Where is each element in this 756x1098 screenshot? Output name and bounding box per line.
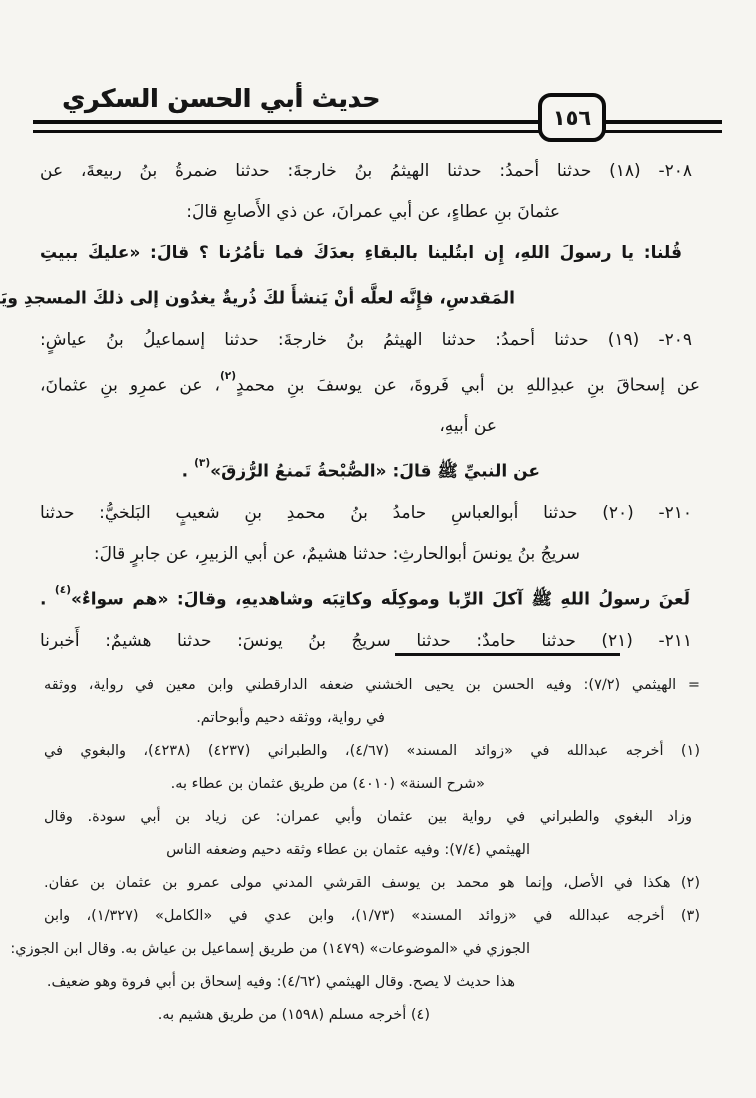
footnote-1-line-2: «شرح السنة» (٤٠١٠) من طريق عثمان بن عطاء… bbox=[44, 768, 485, 801]
line-text: لَعنَ رسولُ اللهِ ﷺ آكلَ الرِّبا وموكِلَ… bbox=[71, 590, 690, 610]
line-text: (٤) أخرجه مسلم (١٥٩٨) من طريق هشيم به. bbox=[158, 1007, 430, 1023]
line-text: عن إسحاقَ بنِ عبدِاللهِ بن أبي فَروةَ، ع… bbox=[236, 375, 700, 395]
line-text: عثمانَ بنِ عطاءٍ، عن أبي عمرانَ، عن ذي ا… bbox=[186, 202, 560, 222]
footnote-marker-4: (٤) bbox=[55, 584, 71, 596]
line-text: سريجُ بنُ يونسَ أبوالحارثِ: حدثنا هشيمٌ،… bbox=[94, 544, 580, 564]
hadith-210-isnad-line-1: ٢١٠- (٢٠) حدثنا أبوالعباسِ حامدُ بنُ محم… bbox=[40, 493, 700, 534]
hadith-208-matn-line-2: المَقدسِ، فإِنَّه لعلَّه أنْ يَنشأَ لكَ … bbox=[40, 274, 515, 320]
scanned-book-page: حديث أبي الحسن السكري ١٥٦ ٢٠٨- (١٨) حدثن… bbox=[0, 0, 756, 1098]
hadith-210-isnad-line-2: سريجُ بنُ يونسَ أبوالحارثِ: حدثنا هشيمٌ،… bbox=[40, 534, 580, 575]
line-text: المَقدسِ، فإِنَّه لعلَّه أنْ يَنشأَ لكَ … bbox=[0, 289, 515, 309]
footnote-continuation-line-2: في رواية، ووثقه دحيم وأبوحاتم. bbox=[44, 702, 385, 735]
line-text: ٢١٠- (٢٠) حدثنا أبوالعباسِ حامدُ بنُ محم… bbox=[40, 503, 692, 523]
footnote-3-line-1: (٣) أخرجه عبدالله في «زوائد المسند» (١/٧… bbox=[44, 900, 700, 933]
header-rule-bottom bbox=[33, 130, 722, 133]
footnote-separator-rule bbox=[395, 653, 620, 656]
footnote-2-line-1: (٢) هكذا في الأصل، وإنما هو محمد بن يوسف… bbox=[44, 867, 700, 900]
footnote-4-line-1: (٤) أخرجه مسلم (١٥٩٨) من طريق هشيم به. bbox=[44, 999, 430, 1032]
footnote-3-line-3: هذا حديث لا يصح. وقال الهيثمي (٤/٦٢): وف… bbox=[44, 966, 515, 999]
line-text: = الهيثمي (٧/٢): وفيه الحسن بن يحيى الخش… bbox=[44, 677, 700, 693]
line-text: الهيثمي (٧/٤): وفيه عثمان بن عطاء وثقه د… bbox=[166, 842, 530, 858]
page-number: ١٥٦ bbox=[553, 106, 591, 130]
line-text: «شرح السنة» (٤٠١٠) من طريق عثمان بن عطاء… bbox=[171, 776, 485, 792]
hadith-209-matn-line: عن النبيِّ ﷺ قالَ: «الصُّبْحةُ تَمنعُ ال… bbox=[40, 447, 540, 493]
hadith-208-isnad-line-1: ٢٠٨- (١٨) حدثنا أحمدُ: حدثنا الهيثمُ بنُ… bbox=[40, 151, 700, 192]
line-text: وزاد البغوي والطبراني في رواية بين عثمان… bbox=[44, 809, 692, 825]
footnote-1-line-1: (١) أخرجه عبدالله في «زوائد المسند» (٤/٦… bbox=[44, 735, 700, 768]
hadith-210-matn-line: لَعنَ رسولُ اللهِ ﷺ آكلَ الرِّبا وموكِلَ… bbox=[40, 575, 700, 621]
footnote-marker-2: (٢) bbox=[220, 370, 236, 382]
line-text: قُلنا: يا رسولَ اللهِ، إِن ابتُلينا بالب… bbox=[40, 243, 682, 263]
line-text: . bbox=[182, 462, 194, 482]
hadith-209-isnad-line-3: عن أبيهِ، bbox=[40, 406, 497, 447]
line-text: هذا حديث لا يصح. وقال الهيثمي (٤/٦٢): وف… bbox=[47, 974, 515, 990]
line-text: ٢١١- (٢١) حدثنا حامدٌ: حدثنا سريجُ بنُ ي… bbox=[40, 631, 692, 651]
hadith-208-isnad-line-2: عثمانَ بنِ عطاءٍ، عن أبي عمرانَ، عن ذي ا… bbox=[40, 192, 560, 233]
line-text: ٢٠٩- (١٩) حدثنا أحمدُ: حدثنا الهيثمُ بنُ… bbox=[40, 330, 692, 350]
line-text: عن أبيهِ، bbox=[439, 416, 497, 436]
main-text-block: ٢٠٨- (١٨) حدثنا أحمدُ: حدثنا الهيثمُ بنُ… bbox=[40, 151, 700, 662]
footnote-3-line-2: الجوزي في «الموضوعات» (١٤٧٩) من طريق إسم… bbox=[44, 933, 530, 966]
line-text: الجوزي في «الموضوعات» (١٤٧٩) من طريق إسم… bbox=[10, 941, 530, 957]
line-text: (١) أخرجه عبدالله في «زوائد المسند» (٤/٦… bbox=[44, 743, 700, 759]
page-number-box: ١٥٦ bbox=[538, 93, 606, 142]
hadith-209-isnad-line-2: عن إسحاقَ بنِ عبدِاللهِ بن أبي فَروةَ، ع… bbox=[40, 361, 700, 407]
line-text: ، عن عمرِو بنِ عثمانَ، bbox=[40, 375, 220, 395]
line-text: . bbox=[40, 590, 55, 610]
footnote-1-line-3: وزاد البغوي والطبراني في رواية بين عثمان… bbox=[44, 801, 700, 834]
footnote-continuation-line-1: = الهيثمي (٧/٢): وفيه الحسن بن يحيى الخش… bbox=[44, 669, 700, 702]
footnote-marker-3: (٣) bbox=[194, 457, 210, 469]
line-text: عن النبيِّ ﷺ قالَ: «الصُّبْحةُ تَمنعُ ال… bbox=[210, 462, 540, 482]
line-text: في رواية، ووثقه دحيم وأبوحاتم. bbox=[196, 710, 385, 726]
header-rule-top bbox=[33, 120, 722, 124]
line-text: (٣) أخرجه عبدالله في «زوائد المسند» (١/٧… bbox=[44, 908, 700, 924]
running-header-title: حديث أبي الحسن السكري bbox=[62, 84, 380, 113]
line-text: (٢) هكذا في الأصل، وإنما هو محمد بن يوسف… bbox=[44, 875, 700, 891]
hadith-208-matn-line-1: قُلنا: يا رسولَ اللهِ، إِن ابتُلينا بالب… bbox=[40, 233, 700, 274]
hadith-209-isnad-line-1: ٢٠٩- (١٩) حدثنا أحمدُ: حدثنا الهيثمُ بنُ… bbox=[40, 320, 700, 361]
footnotes-block: = الهيثمي (٧/٢): وفيه الحسن بن يحيى الخش… bbox=[44, 669, 700, 1032]
footnote-1-line-4: الهيثمي (٧/٤): وفيه عثمان بن عطاء وثقه د… bbox=[44, 834, 530, 867]
line-text: ٢٠٨- (١٨) حدثنا أحمدُ: حدثنا الهيثمُ بنُ… bbox=[40, 161, 692, 181]
